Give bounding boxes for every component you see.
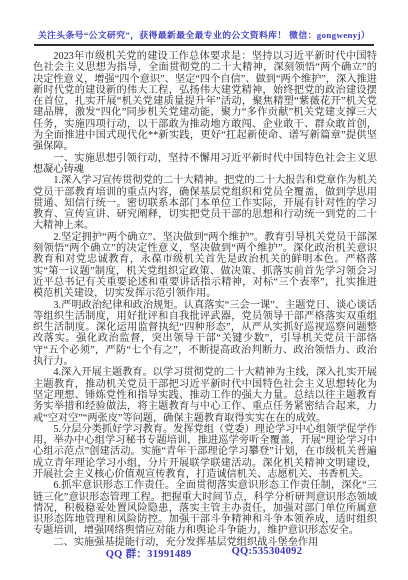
qq-number-label: QQ:535304092 [232, 546, 303, 561]
footer-contact: QQ 群：31991489 QQ:535304092 [0, 546, 408, 561]
document-page: 关注头条号“公文研究”，获得最新最全最专业的公文资料库！ 微信：gongweny… [0, 0, 408, 580]
paragraph: 5.分层分类抓好学习教育。发挥党组（党委）理论学习中心组领学促学作用，举办中心组… [33, 424, 377, 480]
paragraph: 2.坚定拥护“两个确立”、坚决做到“两个维护”。教育引导机关党员干部深刻领悟“两… [33, 232, 377, 300]
document-body: 2023年市级机关党的建设工作总体要求是：坚持以习近平新时代中国特色社会主义思想… [33, 51, 377, 548]
paragraph: 3.严明政治纪律和政治规矩。认真落实“三会一课”、主题党日、谈心谈话等组织生活制… [33, 300, 377, 368]
paragraph: 4.深入开展主题教育。以学习贯彻党的二十大精神为主线，深入扎实开展主题教育，推动… [33, 367, 377, 423]
paragraph: 6.抓牢意识形态工作责任。全面贯彻落实意识形态工作责任制，深化“三链三化”意识形… [33, 480, 377, 536]
header-notice-text: 关注头条号“公文研究”，获得最新最全最专业的公文资料库！ 微信：gongweny… [34, 28, 374, 46]
qq-group-label: QQ 群：31991489 [106, 546, 192, 561]
paragraph: 一、实施思想引领行动，坚持不懈用习近平新时代中国特色社会主义思想凝心铸魂 [33, 153, 377, 176]
paragraph: 2023年市级机关党的建设工作总体要求是：坚持以习近平新时代中国特色社会主义思想… [33, 51, 377, 153]
header-banner: 关注头条号“公文研究”，获得最新最全最专业的公文资料库！ 微信：gongweny… [0, 25, 408, 46]
paragraph: 1.深入学习宣传贯彻党的二十大精神。把党的二十大报告和党章作为机关党员干部教育培… [33, 175, 377, 231]
